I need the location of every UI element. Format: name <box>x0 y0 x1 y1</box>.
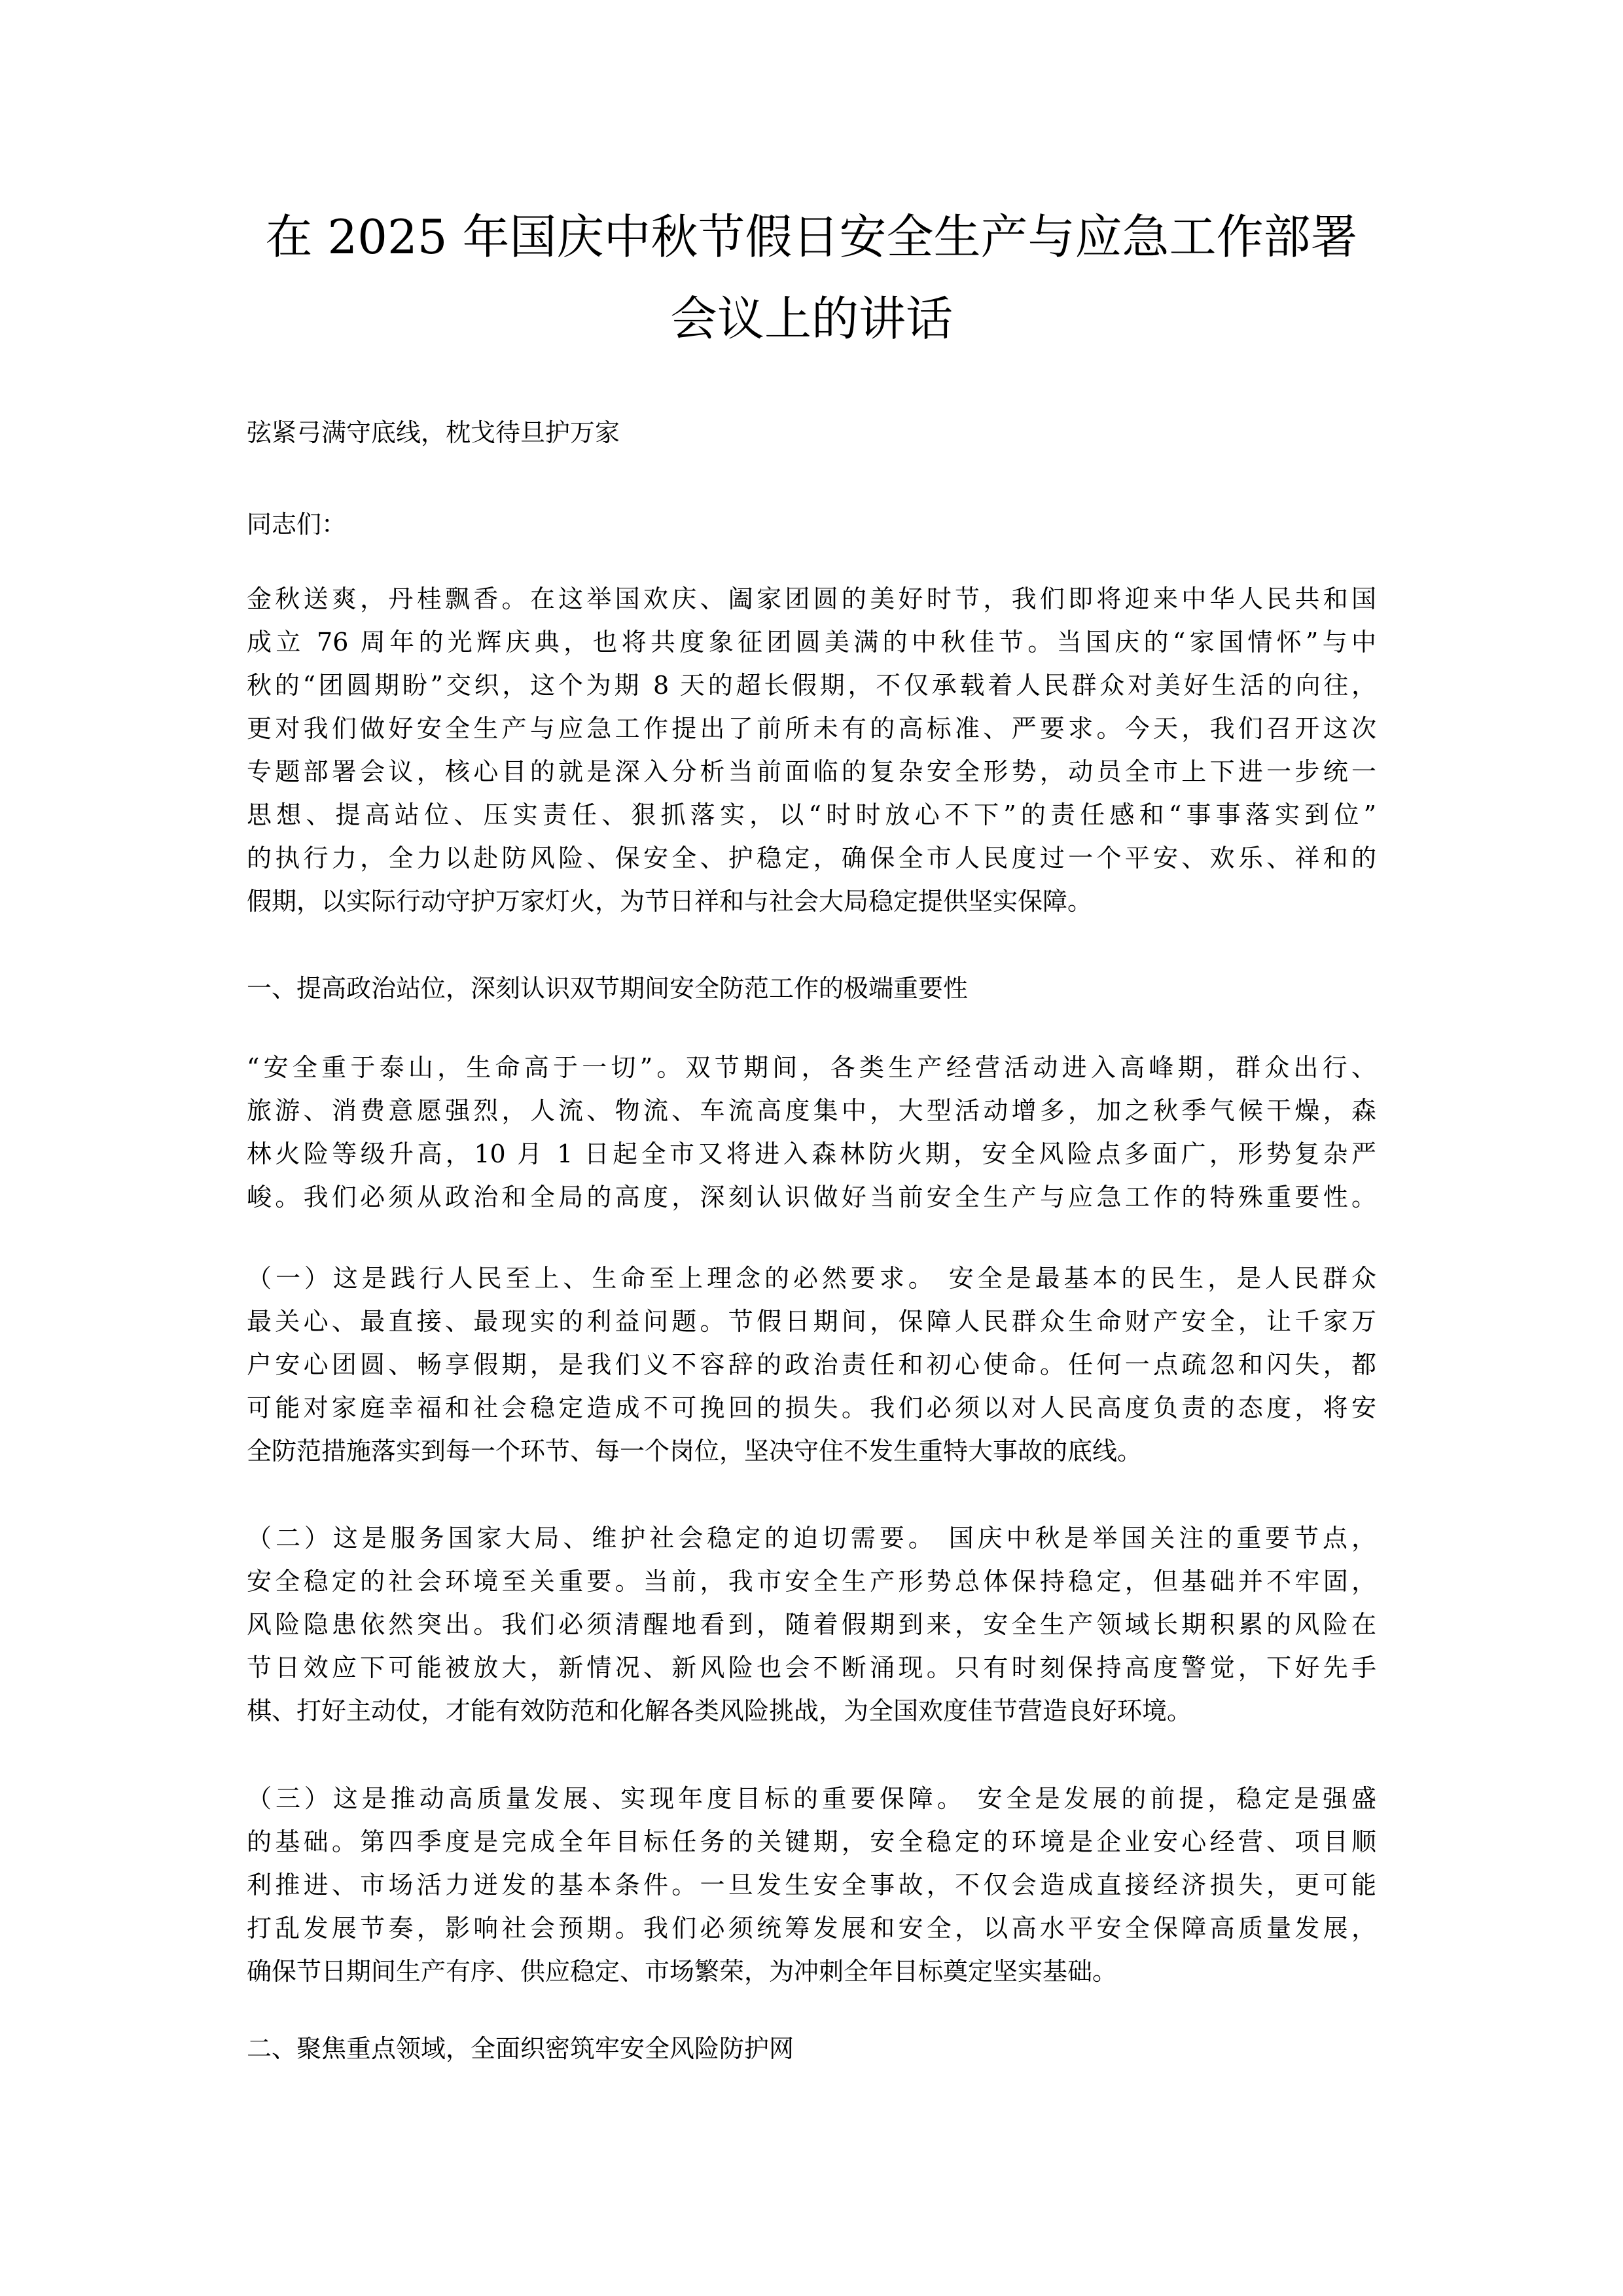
salutation-text: 同志们： <box>247 503 1385 546</box>
paragraph-line: 峻。我们必须从政治和全局的高度，深刻认识做好当前安全生产与应急工作的特殊重要性。 <box>247 1175 1376 1219</box>
paragraph-line: 旅游、消费意愿强烈，人流、物流、车流高度集中，大型活动增多，加之秋季气候干燥，森 <box>247 1089 1376 1132</box>
paragraph-line: 利推进、市场活力迸发的基本条件。一旦发生安全事故，不仅会造成直接经济损失，更可能 <box>247 1863 1376 1907</box>
subtitle: 弦紧弓满守底线，枕戈待旦护万家 <box>247 411 1385 454</box>
section-1-point-3: （三）这是推动高质量发展、实现年度目标的重要保障。 安全是发展的前提，稳定是强盛… <box>247 1777 1385 1993</box>
title-line-2: 会议上的讲话 <box>196 278 1427 360</box>
paragraph-line: 的基础。第四季度是完成全年目标任务的关键期，安全稳定的环境是企业安心经营、项目顺 <box>247 1820 1376 1863</box>
paragraph-line: （三）这是推动高质量发展、实现年度目标的重要保障。 安全是发展的前提，稳定是强盛 <box>247 1777 1376 1820</box>
paragraph-line: （一）这是践行人民至上、生命至上理念的必然要求。 安全是最基本的民生，是人民群众 <box>247 1257 1376 1300</box>
document-title: 在 2025 年国庆中秋节假日安全生产与应急工作部署 会议上的讲话 <box>196 196 1427 360</box>
paragraph-line: 可能对家庭幸福和社会稳定造成不可挽回的损失。我们必须以对人民高度负责的态度，将安 <box>247 1386 1376 1429</box>
paragraph-line: 金秋送爽，丹桂飘香。在这举国欢庆、阖家团圆的美好时节，我们即将迎来中华人民共和国 <box>247 577 1376 620</box>
paragraph-line: 的执行力，全力以赴防风险、保安全、护稳定，确保全市人民度过一个平安、欢乐、祥和的 <box>247 836 1376 880</box>
heading-text: 一、提高政治站位，深刻认识双节期间安全防范工作的极端重要性 <box>247 967 1385 1010</box>
paragraph-line: 安全稳定的社会环境至关重要。当前，我市安全生产形势总体保持稳定，但基础并不牢固， <box>247 1560 1376 1603</box>
paragraph-line: 打乱发展节奏，影响社会预期。我们必须统筹发展和安全，以高水平安全保障高质量发展， <box>247 1907 1376 1950</box>
document-page: 在 2025 年国庆中秋节假日安全生产与应急工作部署 会议上的讲话 弦紧弓满守底… <box>0 0 1623 2296</box>
subtitle-text: 弦紧弓满守底线，枕戈待旦护万家 <box>247 411 1385 454</box>
paragraph-line: 更对我们做好安全生产与应急工作提出了前所未有的高标准、严要求。今天，我们召开这次 <box>247 707 1376 750</box>
paragraph-line: 思想、提高站位、压实责任、狠抓落实，以“时时放心不下”的责任感和“事事落实到位” <box>247 793 1376 836</box>
paragraph-line: 最关心、最直接、最现实的利益问题。节假日期间，保障人民群众生命财产安全，让千家万 <box>247 1300 1376 1343</box>
paragraph-line: 全防范措施落实到每一个环节、每一个岗位，坚决守住不发生重特大事故的底线。 <box>247 1429 1376 1473</box>
title-line-1: 在 2025 年国庆中秋节假日安全生产与应急工作部署 <box>196 196 1427 278</box>
paragraph-line: 林火险等级升高，10 月 1 日起全市又将进入森林防火期，安全风险点多面广，形势… <box>247 1132 1376 1175</box>
paragraph-line: 成立 76 周年的光辉庆典，也将共度象征团圆美满的中秋佳节。当国庆的“家国情怀”… <box>247 620 1376 664</box>
intro-paragraph: 金秋送爽，丹桂飘香。在这举国欢庆、阖家团圆的美好时节，我们即将迎来中华人民共和国… <box>247 577 1385 923</box>
section-1-heading: 一、提高政治站位，深刻认识双节期间安全防范工作的极端重要性 <box>247 967 1385 1010</box>
paragraph-line: 风险隐患依然突出。我们必须清醒地看到，随着假期到来，安全生产领域长期积累的风险在 <box>247 1603 1376 1646</box>
section-1-intro-paragraph: “安全重于泰山，生命高于一切”。双节期间，各类生产经营活动进入高峰期，群众出行、… <box>247 1046 1385 1219</box>
paragraph-line: 棋、打好主动仗，才能有效防范和化解各类风险挑战，为全国欢度佳节营造良好环境。 <box>247 1689 1376 1732</box>
paragraph-line: “安全重于泰山，生命高于一切”。双节期间，各类生产经营活动进入高峰期，群众出行、 <box>247 1046 1376 1089</box>
paragraph-line: 专题部署会议，核心目的就是深入分析当前面临的复杂安全形势，动员全市上下进一步统一 <box>247 750 1376 793</box>
section-1-point-1: （一）这是践行人民至上、生命至上理念的必然要求。 安全是最基本的民生，是人民群众… <box>247 1257 1385 1473</box>
paragraph-line: 确保节日期间生产有序、供应稳定、市场繁荣，为冲刺全年目标奠定坚实基础。 <box>247 1950 1376 1993</box>
heading-text: 二、聚焦重点领域，全面织密筑牢安全风险防护网 <box>247 2027 1385 2070</box>
section-1-point-2: （二）这是服务国家大局、维护社会稳定的迫切需要。 国庆中秋是举国关注的重要节点，… <box>247 1516 1385 1732</box>
paragraph-line: 秋的“团圆期盼”交织，这个为期 8 天的超长假期，不仅承载着人民群众对美好生活的… <box>247 664 1376 707</box>
paragraph-line: （二）这是服务国家大局、维护社会稳定的迫切需要。 国庆中秋是举国关注的重要节点， <box>247 1516 1376 1560</box>
salutation: 同志们： <box>247 503 1385 546</box>
section-2-heading: 二、聚焦重点领域，全面织密筑牢安全风险防护网 <box>247 2027 1385 2070</box>
paragraph-line: 户安心团圆、畅享假期，是我们义不容辞的政治责任和初心使命。任何一点疏忽和闪失，都 <box>247 1343 1376 1386</box>
paragraph-line: 假期，以实际行动守护万家灯火，为节日祥和与社会大局稳定提供坚实保障。 <box>247 880 1376 923</box>
paragraph-line: 节日效应下可能被放大，新情况、新风险也会不断涌现。只有时刻保持高度警觉，下好先手 <box>247 1646 1376 1689</box>
